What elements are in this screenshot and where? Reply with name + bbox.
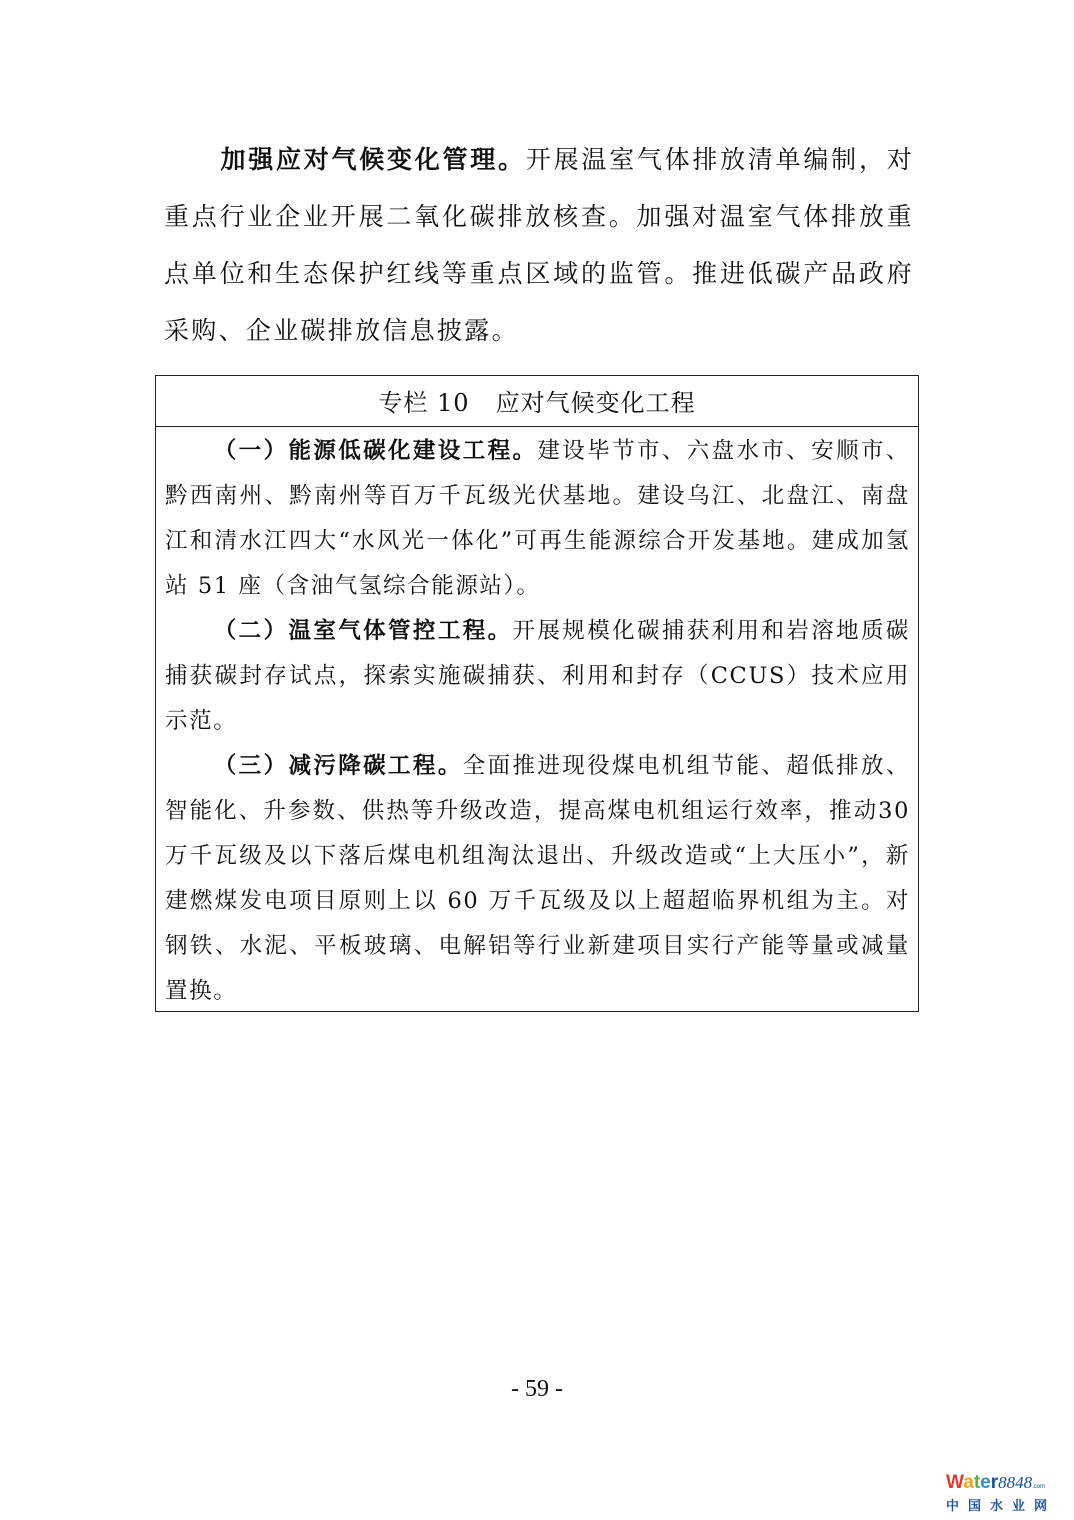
watermark-wordmark: Water8848.com <box>946 1473 1071 1497</box>
box-item-heading: （二）温室气体管控工程。 <box>213 618 513 644</box>
column-box-body: （一）能源低碳化建设工程。建设毕节市、六盘水市、安顺市、黔西南州、黔南州等百万千… <box>156 427 918 1014</box>
intro-heading: 加强应对气候变化管理。 <box>220 145 526 174</box>
box-item-3: （三）减污降碳工程。全面推进现役煤电机组节能、超低排放、智能化、升参数、供热等升… <box>165 744 910 1014</box>
column-box-label: 专栏 10 <box>378 389 469 417</box>
column-box-title: 专栏 10应对气候变化工程 <box>156 376 918 427</box>
intro-paragraph: 加强应对气候变化管理。开展温室气体排放清单编制，对重点行业企业开展二氧化碳排放核… <box>164 131 914 359</box>
watermark-letter: r <box>991 1472 998 1493</box>
box-item-heading: （一）能源低碳化建设工程。 <box>213 438 537 464</box>
box-item-1: （一）能源低碳化建设工程。建设毕节市、六盘水市、安顺市、黔西南州、黔南州等百万千… <box>165 429 910 609</box>
watermark-suffix: .com <box>1032 1484 1045 1490</box>
watermark-number: 8848 <box>998 1473 1032 1492</box>
watermark-cn-name: 中国水业网 <box>946 1499 1071 1515</box>
page-number: - 59 - <box>0 1376 1074 1403</box>
intro-text: 开展温室气体排放清单编制，对重点行业企业开展二氧化碳排放核查。加强对温室气体排放… <box>164 145 914 345</box>
column-box: 专栏 10应对气候变化工程 （一）能源低碳化建设工程。建设毕节市、六盘水市、安顺… <box>155 375 919 1012</box>
box-item-2: （二）温室气体管控工程。开展规模化碳捕获利用和岩溶地质碳捕获碳封存试点，探索实施… <box>165 609 910 744</box>
watermark-logo: Water8848.com 中国水业网 <box>946 1473 1071 1515</box>
watermark-letter: W <box>946 1472 963 1493</box>
column-box-title-text: 应对气候变化工程 <box>496 389 696 417</box>
watermark-letter: a <box>963 1472 974 1493</box>
box-item-text: 全面推进现役煤电机组节能、超低排放、智能化、升参数、供热等升级改造，提高煤电机组… <box>165 753 910 1004</box>
box-item-heading: （三）减污降碳工程。 <box>213 753 463 779</box>
watermark-letter: e <box>980 1472 991 1493</box>
